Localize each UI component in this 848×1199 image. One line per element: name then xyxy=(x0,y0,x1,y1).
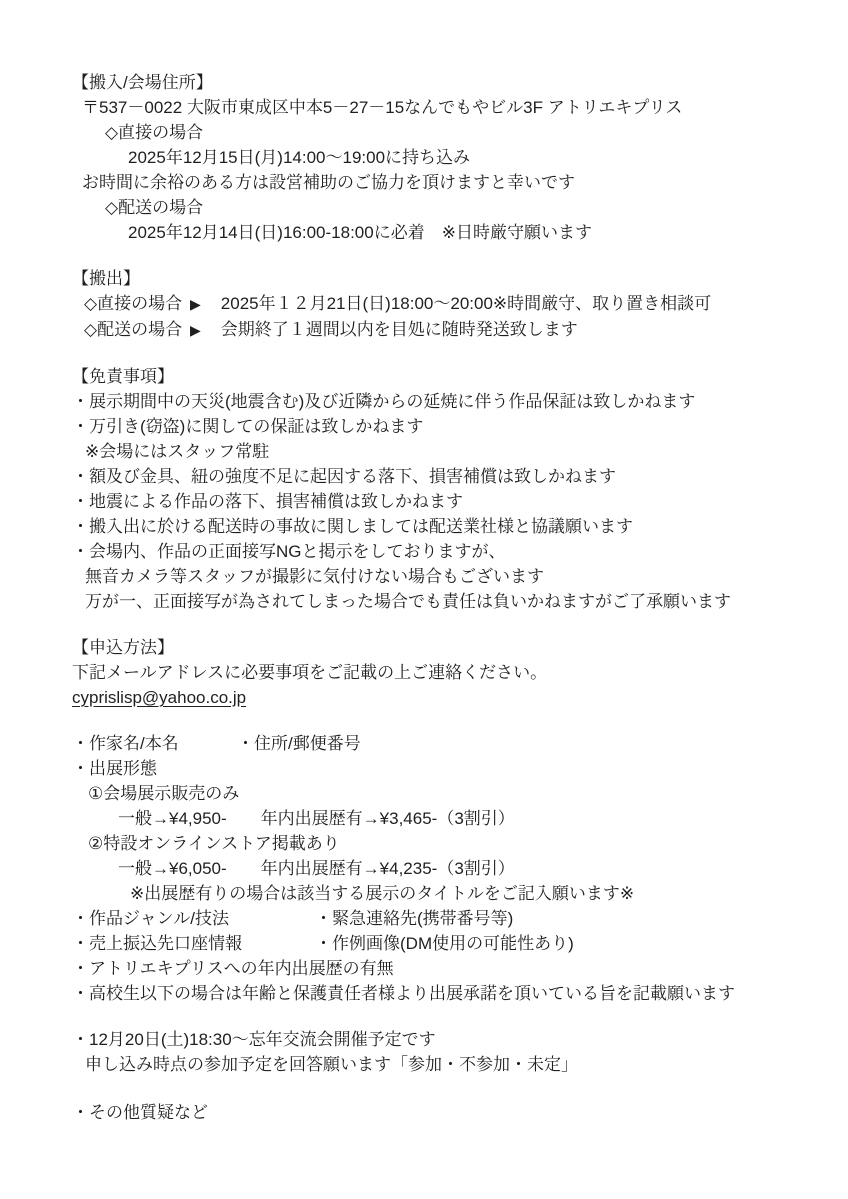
carry-out-direct-detail: 2025年１２月21日(日)18:00～20:00※時間厳守、取り置き相談可 xyxy=(221,291,711,316)
exhibit-option-1-label: ①会場展示販売のみ xyxy=(88,781,792,806)
carry-in-delivery-label: ◇配送の場合 xyxy=(105,195,792,220)
email-link[interactable]: cyprislisp@yahoo.co.jp xyxy=(72,688,246,707)
section-heading-disclaimer: 【免責事項】 xyxy=(72,364,792,389)
other-questions: ・その他質疑など xyxy=(72,1100,792,1125)
carry-out-direct-label: ◇直接の場合 xyxy=(84,291,190,316)
field-sample-image: ・作例画像(DM使用の可能性あり) xyxy=(315,931,574,956)
right-triangle-icon: ▶ xyxy=(190,292,201,317)
carry-out-delivery-detail: 会期終了１週間以内を目処に随時発送致します xyxy=(221,317,578,342)
field-genre-technique: ・作品ジャンル/技法 xyxy=(72,906,315,931)
document-page: 【搬入/会場住所】 〒537－0022 大阪市東成区中本5－27－15なんでもや… xyxy=(0,0,848,1125)
disclaimer-item: ・展示期間中の天災(地震含む)及び近隣からの延焼に伴う作品保証は致しかねます xyxy=(72,389,792,414)
field-emergency-contact: ・緊急連絡先(携帯番号等) xyxy=(315,906,513,931)
section-heading-application: 【申込方法】 xyxy=(72,635,792,660)
disclaimer-item: ・地震による作品の落下、損害補償は致しかねます xyxy=(72,489,792,514)
right-triangle-icon: ▶ xyxy=(190,318,201,343)
disclaimer-note: ※会場にはスタッフ常駐 xyxy=(85,439,792,464)
field-exhibit-type: ・出展形態 xyxy=(72,756,792,781)
disclaimer-continuation: 万が一、正面接写が為されてしまった場合でも責任は負いかねますがご了承願います xyxy=(85,589,792,614)
carry-in-direct-detail: 2025年12月15日(月)14:00～19:00に持ち込み xyxy=(128,145,792,170)
fields-row-1: ・作家名/本名 ・住所/郵便番号 xyxy=(72,731,792,756)
carry-in-direct-label: ◇直接の場合 xyxy=(105,120,792,145)
exhibit-option-1-price: 一般→¥4,950- 年内出展歴有→¥3,465-（3割引） xyxy=(118,806,792,831)
carry-out-delivery-label: ◇配送の場合 xyxy=(84,317,190,342)
venue-address: 〒537－0022 大阪市東成区中本5－27－15なんでもやビル3F アトリエキ… xyxy=(82,95,792,120)
field-minor-note: ・高校生以下の場合は年齢と保護責任者様より出展承諾を頂いている旨を記載願います xyxy=(72,981,792,1006)
exhibit-option-2-label: ②特設オンラインストア掲載あり xyxy=(88,831,792,856)
party-announcement: ・12月20日(土)18:30～忘年交流会開催予定です xyxy=(72,1027,792,1052)
carry-in-delivery-detail: 2025年12月14日(日)16:00-18:00に必着 ※日時厳守願います xyxy=(128,220,792,245)
party-rsvp-note: 申し込み時点の参加予定を回答願います「参加・不参加・未定」 xyxy=(85,1052,792,1077)
disclaimer-item: ・額及び金具、紐の強度不足に起因する落下、損害補償は致しかねます xyxy=(72,464,792,489)
disclaimer-item: ・会場内、作品の正面接写NGと掲示をしておりますが、 xyxy=(72,539,792,564)
carry-out-delivery-row: ◇配送の場合 ▶ 会期終了１週間以内を目処に随時発送致します xyxy=(84,317,792,343)
exhibit-history-note: ※出展歴有りの場合は該当する展示のタイトルをご記入願います※ xyxy=(130,881,792,906)
field-artist-name: ・作家名/本名 xyxy=(72,731,237,756)
carry-out-direct-row: ◇直接の場合 ▶ 2025年１２月21日(日)18:00～20:00※時間厳守、… xyxy=(84,291,792,317)
field-address-zip: ・住所/郵便番号 xyxy=(237,731,361,756)
section-heading-carry-out: 【搬出】 xyxy=(72,266,792,291)
disclaimer-continuation: 無音カメラ等スタッフが撮影に気付けない場合もございます xyxy=(85,564,792,589)
field-bank-account: ・売上振込先口座情報 xyxy=(72,931,315,956)
field-exhibit-history: ・アトリエキプリスへの年内出展歴の有無 xyxy=(72,956,792,981)
fields-row-3: ・売上振込先口座情報 ・作例画像(DM使用の可能性あり) xyxy=(72,931,792,956)
email-line: cyprislisp@yahoo.co.jp xyxy=(72,685,792,710)
disclaimer-item: ・万引き(窃盗)に関しての保証は致しかねます xyxy=(72,414,792,439)
application-intro: 下記メールアドレスに必要事項をご記載の上ご連絡ください。 xyxy=(72,660,792,685)
exhibit-option-2-price: 一般→¥6,050- 年内出展歴有→¥4,235-（3割引） xyxy=(118,856,792,881)
disclaimer-item: ・搬入出に於ける配送時の事故に関しましては配送業社様と協議願います xyxy=(72,514,792,539)
carry-in-setup-note: お時間に余裕のある方は設営補助のご協力を頂けますと幸いです xyxy=(82,170,792,195)
section-heading-carry-in: 【搬入/会場住所】 xyxy=(72,70,792,95)
fields-row-2: ・作品ジャンル/技法 ・緊急連絡先(携帯番号等) xyxy=(72,906,792,931)
